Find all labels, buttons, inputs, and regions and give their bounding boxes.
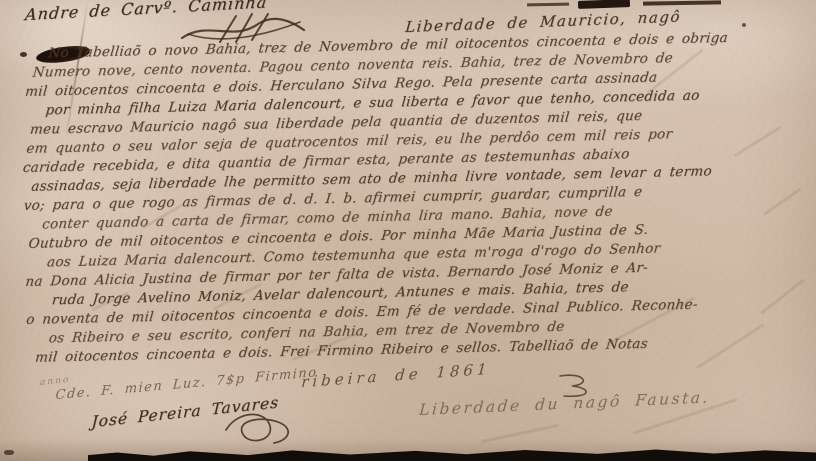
manuscript-body: No Tabelliaõ o novo Bahia, trez de Novem… <box>18 27 816 368</box>
ink-speck <box>742 23 746 27</box>
ink-speck <box>4 450 14 455</box>
manuscript-photo: Andre de Carvº. Caminha Liberdade de Mau… <box>0 0 816 461</box>
